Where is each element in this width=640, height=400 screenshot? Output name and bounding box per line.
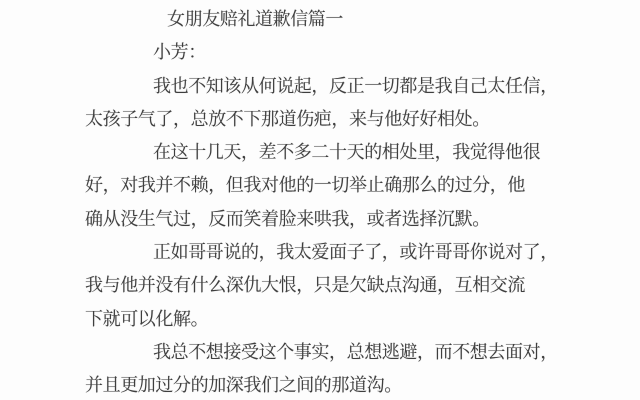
document-title-line: 女朋友赔礼道歉信篇一 (85, 3, 640, 36)
body-line: 好，对我并不赖，但我对他的一切举止确那么的过分，他 (85, 169, 640, 202)
body-line: 太孩子气了，总放不下那道伤疤，来与他好好相处。 (85, 103, 640, 136)
body-line: 确从没生气过，反而笑着脸来哄我，或者选择沉默。 (85, 203, 640, 236)
salutation-line: 小芳： (85, 36, 640, 69)
body-line: 并且更加过分的加深我们之间的那道沟。 (85, 369, 640, 400)
body-line: 我总不想接受这个事实，总想逃避，而不想去面对， (85, 336, 640, 369)
body-line: 下就可以化解。 (85, 303, 640, 336)
body-line: 我也不知该从何说起，反正一切都是我自己太任信， (85, 70, 640, 103)
body-line: 我与他并没有什么深仇大恨，只是欠缺点沟通，互相交流 (85, 269, 640, 302)
text-lines: 女朋友赔礼道歉信篇一小芳：我也不知该从何说起，反正一切都是我自己太任信，太孩子气… (85, 3, 640, 400)
body-line: 正如哥哥说的，我太爱面子了，或许哥哥你说对了， (85, 236, 640, 269)
body-line: 在这十几天，差不多二十天的相处里，我觉得他很 (85, 136, 640, 169)
document-page: 女朋友赔礼道歉信篇一小芳：我也不知该从何说起，反正一切都是我自己太任信，太孩子气… (0, 0, 640, 400)
